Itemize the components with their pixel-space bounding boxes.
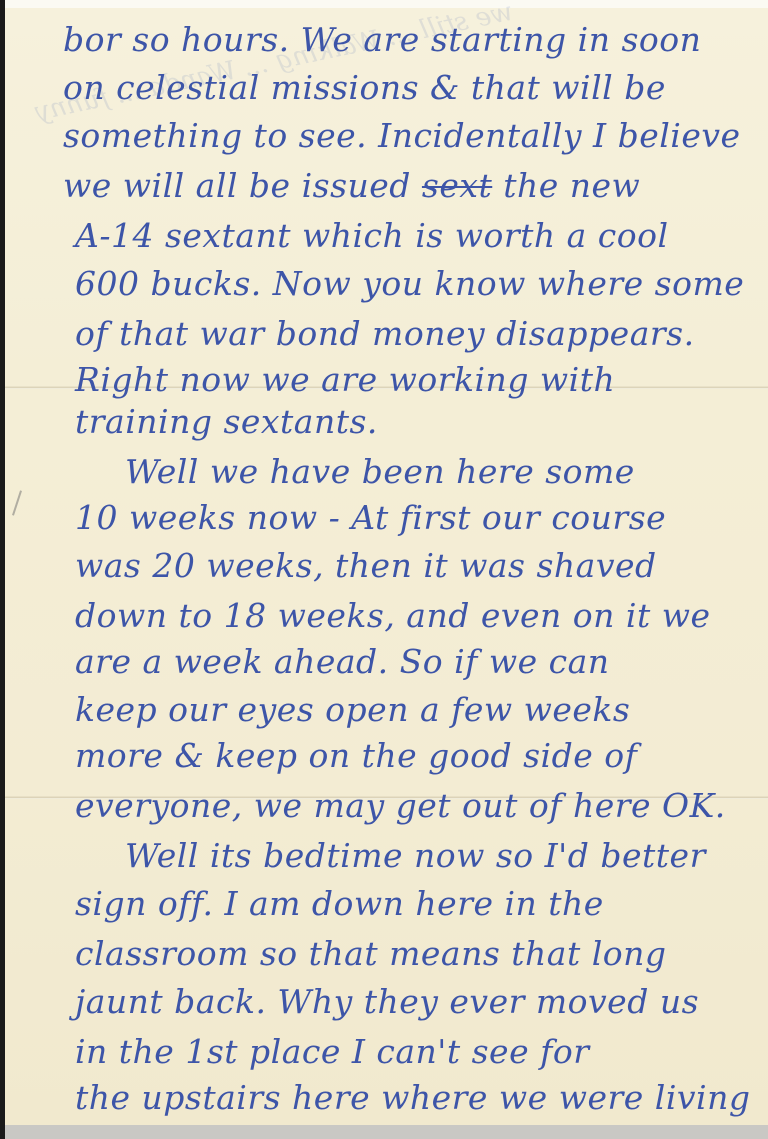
struck-word: sext bbox=[422, 166, 492, 205]
letter-line: 600 bucks. Now you know where some bbox=[75, 262, 744, 306]
letter-line: bor so hours. We are starting in soon bbox=[63, 18, 701, 62]
letter-line: 10 weeks now - At first our course bbox=[75, 496, 666, 540]
scanned-letter-page: we still ... Walking ... Wanda ... funny… bbox=[0, 0, 768, 1139]
letter-line: more & keep on the good side of bbox=[75, 734, 637, 778]
letter-line-paragraph-start: Well we have been here some bbox=[125, 450, 635, 494]
letter-line: training sextants. bbox=[75, 400, 378, 444]
letter-text: the new bbox=[492, 166, 640, 205]
letter-text: we will all be issued bbox=[63, 166, 422, 205]
letter-line: was 20 weeks, then it was shaved bbox=[75, 544, 657, 588]
letter-line: Right now we are working with bbox=[75, 358, 615, 402]
paper-top-edge bbox=[5, 0, 768, 8]
letter-line: everyone, we may get out of here OK. bbox=[75, 784, 726, 828]
scanner-bed-strip bbox=[5, 1125, 768, 1139]
letter-line: are a week ahead. So if we can bbox=[75, 640, 610, 684]
margin-pencil-mark bbox=[12, 490, 22, 515]
letter-line: jaunt back. Why they ever moved us bbox=[75, 980, 699, 1024]
letter-line: something to see. Incidentally I believe bbox=[63, 114, 741, 158]
letter-line: of that war bond money disappears. bbox=[75, 312, 695, 356]
letter-line: classroom so that means that long bbox=[75, 932, 667, 976]
letter-line: in the 1st place I can't see for bbox=[75, 1030, 589, 1074]
letter-line: the upstairs here where we were living bbox=[75, 1076, 750, 1120]
letter-line-paragraph-start: Well its bedtime now so I'd better bbox=[125, 834, 706, 878]
letter-line: down to 18 weeks, and even on it we bbox=[75, 594, 710, 638]
letter-line-with-strikethrough: we will all be issued sext the new bbox=[63, 164, 640, 208]
paper-sheet: we still ... Walking ... Wanda ... funny… bbox=[5, 0, 768, 1125]
letter-line: on celestial missions & that will be bbox=[63, 66, 666, 110]
letter-line: A-14 sextant which is worth a cool bbox=[75, 214, 669, 258]
letter-line: sign off. I am down here in the bbox=[75, 882, 604, 926]
letter-line: keep our eyes open a few weeks bbox=[75, 688, 630, 732]
